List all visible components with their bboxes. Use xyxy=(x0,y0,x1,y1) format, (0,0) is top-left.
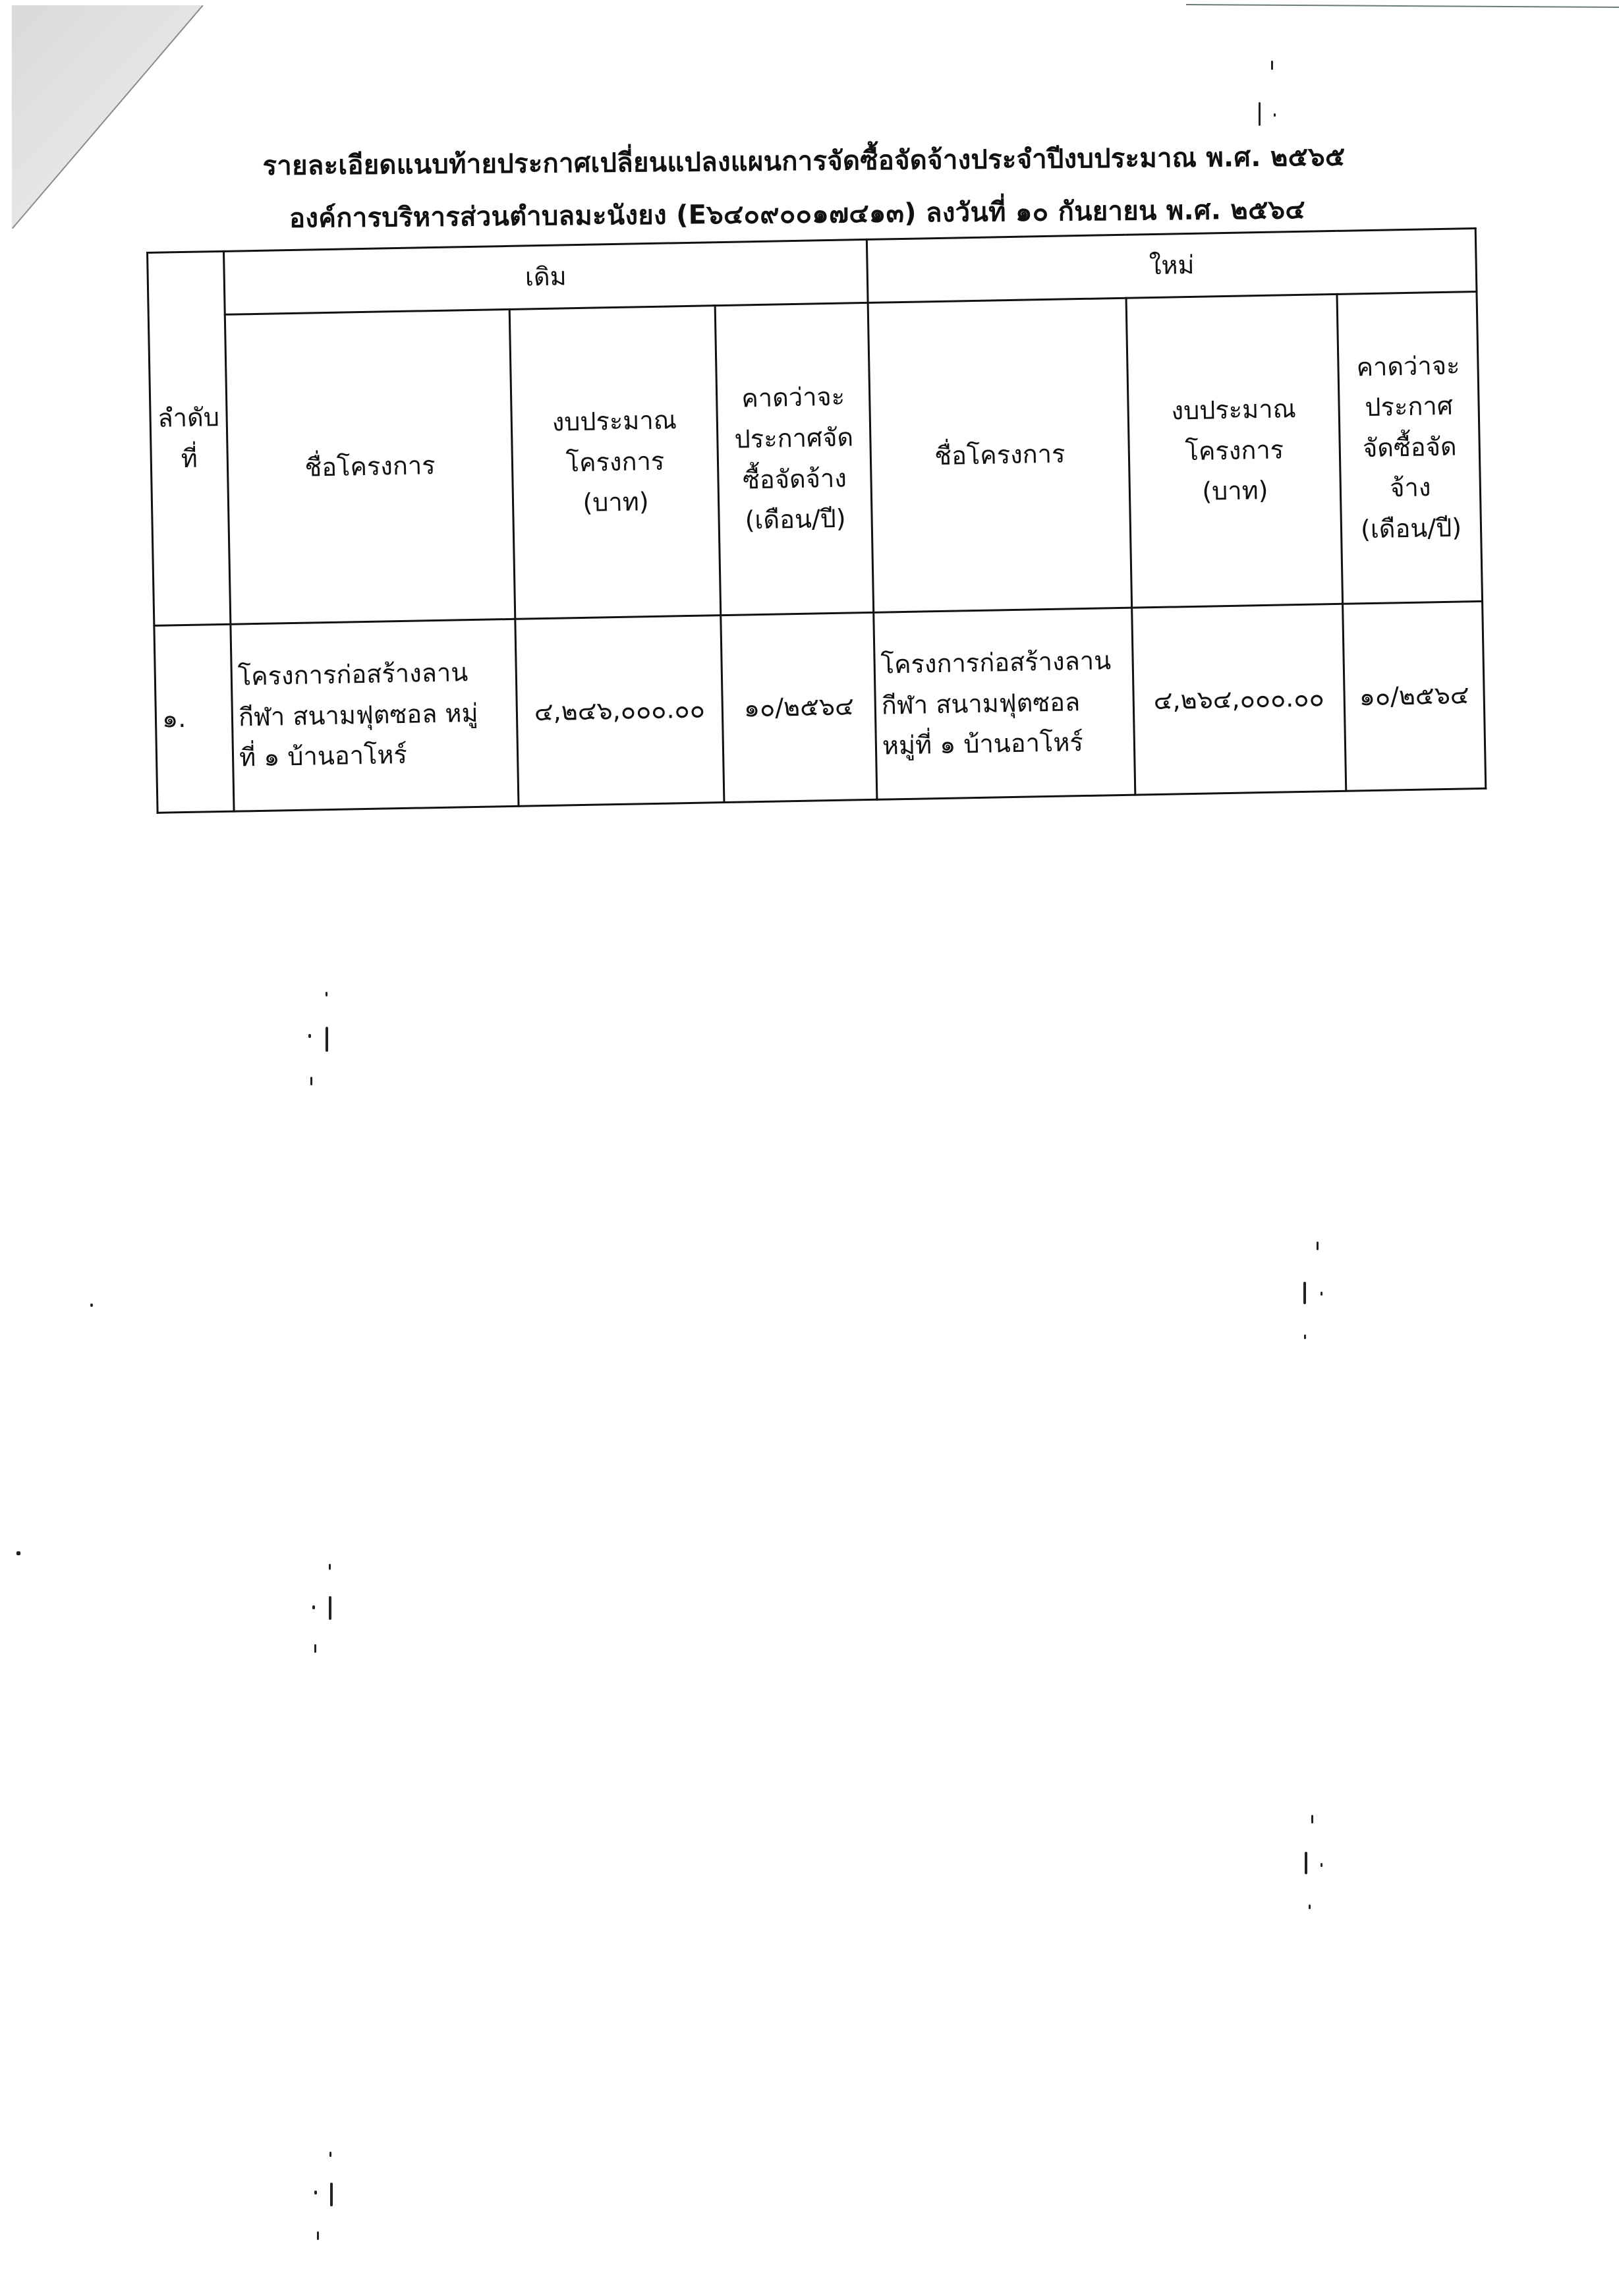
scan-speck xyxy=(1321,1863,1322,1867)
scan-speck xyxy=(1317,1242,1319,1250)
scan-speck xyxy=(317,2231,319,2240)
scan-speck xyxy=(329,2152,331,2157)
scan-speck xyxy=(326,992,327,996)
project-name-line: โครงการก่อสร้างลาน xyxy=(880,641,1127,685)
old-project-name: โครงการก่อสร้างลาน กีฬา สนามฟุตซอล หมู่ … xyxy=(231,619,519,811)
header-line: โครงการ xyxy=(518,440,712,484)
header-line: ประกาศจัด xyxy=(724,417,865,460)
scan-speck xyxy=(326,1027,328,1052)
header-index: ลำดับ ที่ xyxy=(148,251,231,625)
header-old-budget: งบประมาณ โครงการ (บาท) xyxy=(509,306,721,619)
scan-speck xyxy=(314,1644,316,1653)
scan-speck xyxy=(329,1596,331,1620)
scan-speck xyxy=(310,1077,312,1085)
header-line: คาดว่าจะ xyxy=(1344,345,1472,388)
scan-speck xyxy=(312,1605,315,1609)
header-line: (เดือน/ปี) xyxy=(725,498,866,541)
header-new-project-name: ชื่อโครงการ xyxy=(868,298,1132,612)
row-index: ๑. xyxy=(154,624,234,813)
table-row: ๑. โครงการก่อสร้างลาน กีฬา สนามฟุตซอล หม… xyxy=(154,601,1486,813)
header-new-expected-date: คาดว่าจะ ประกาศ จัดซื้อจัด จ้าง (เดือน/ป… xyxy=(1337,292,1483,604)
scan-speck xyxy=(1304,1335,1306,1339)
old-expected-date: ๑๐/๒๕๖๔ xyxy=(721,612,877,802)
header-line: (เดือน/ปี) xyxy=(1347,507,1475,550)
header-line: จ้าง xyxy=(1346,467,1474,509)
scan-speck xyxy=(308,1034,311,1038)
project-name-line: ที่ ๑ บ้านอาโหร์ xyxy=(239,733,512,778)
scan-speck xyxy=(1274,113,1276,117)
header-line: (บาท) xyxy=(519,481,713,525)
header-line: โครงการ xyxy=(1135,429,1334,473)
header-line: (บาท) xyxy=(1135,469,1334,513)
header-group-new: ใหม่ xyxy=(866,229,1477,303)
scan-speck xyxy=(1303,1282,1306,1304)
header-line: ชื่อโครงการ xyxy=(234,444,507,490)
scan-speck xyxy=(314,2191,317,2195)
header-index-line: ที่ xyxy=(157,438,221,479)
scan-speck xyxy=(1321,1292,1322,1296)
header-group-old: เดิม xyxy=(224,239,868,314)
new-budget: ๔,๒๖๔,๐๐๐.๐๐ xyxy=(1132,604,1346,795)
header-columns-row: ชื่อโครงการ งบประมาณ โครงการ (บาท) คาดว่… xyxy=(148,292,1482,626)
header-line: คาดว่าจะ xyxy=(723,377,864,420)
page-top-edge xyxy=(1186,4,1619,8)
header-old-project-name: ชื่อโครงการ xyxy=(225,309,515,624)
header-line: ชื่อโครงการ xyxy=(876,433,1123,478)
project-name-line: โครงการก่อสร้างลาน xyxy=(237,652,510,697)
header-index-line: ลำดับ xyxy=(156,397,221,439)
old-budget: ๔,๒๔๖,๐๐๐.๐๐ xyxy=(515,616,724,807)
header-line: งบประมาณ xyxy=(1134,388,1333,432)
header-line: งบประมาณ xyxy=(517,400,711,444)
scan-speck xyxy=(1271,61,1273,70)
header-line: จัดซื้อจัด xyxy=(1346,426,1473,469)
new-expected-date: ๑๐/๒๕๖๔ xyxy=(1343,601,1486,791)
new-project-name: โครงการก่อสร้างลาน กีฬา สนามฟุตซอล หมู่ท… xyxy=(874,608,1135,799)
scan-speck xyxy=(1309,1905,1311,1909)
document-title: รายละเอียดแนบท้ายประกาศเปลี่ยนแปลงแผนการ… xyxy=(79,133,1529,188)
scan-speck xyxy=(1311,1815,1313,1823)
header-line: ซื้อจัดจ้าง xyxy=(724,458,865,501)
header-old-expected-date: คาดว่าจะ ประกาศจัด ซื้อจัดจ้าง (เดือน/ปี… xyxy=(715,302,874,615)
procurement-plan-table: ลำดับ ที่ เดิม ใหม่ ชื่อโครงการ งบประมาณ… xyxy=(146,227,1487,814)
project-name-line: หมู่ที่ ๑ บ้านอาโหร์ xyxy=(882,722,1128,766)
procurement-plan-table-wrapper: ลำดับ ที่ เดิม ใหม่ ชื่อโครงการ งบประมาณ… xyxy=(146,227,1485,814)
scan-speck xyxy=(1259,102,1261,126)
header-line: ประกาศ xyxy=(1345,386,1473,428)
scan-speck xyxy=(1305,1852,1307,1874)
scan-speck xyxy=(16,1551,20,1555)
scan-speck xyxy=(330,2183,333,2206)
project-name-line: กีฬา สนามฟุตซอล หมู่ xyxy=(238,693,511,738)
scan-speck xyxy=(329,1564,331,1570)
project-name-line: กีฬา สนามฟุตซอล xyxy=(881,681,1127,726)
scan-speck xyxy=(90,1304,93,1307)
header-new-budget: งบประมาณ โครงการ (บาท) xyxy=(1126,294,1343,608)
